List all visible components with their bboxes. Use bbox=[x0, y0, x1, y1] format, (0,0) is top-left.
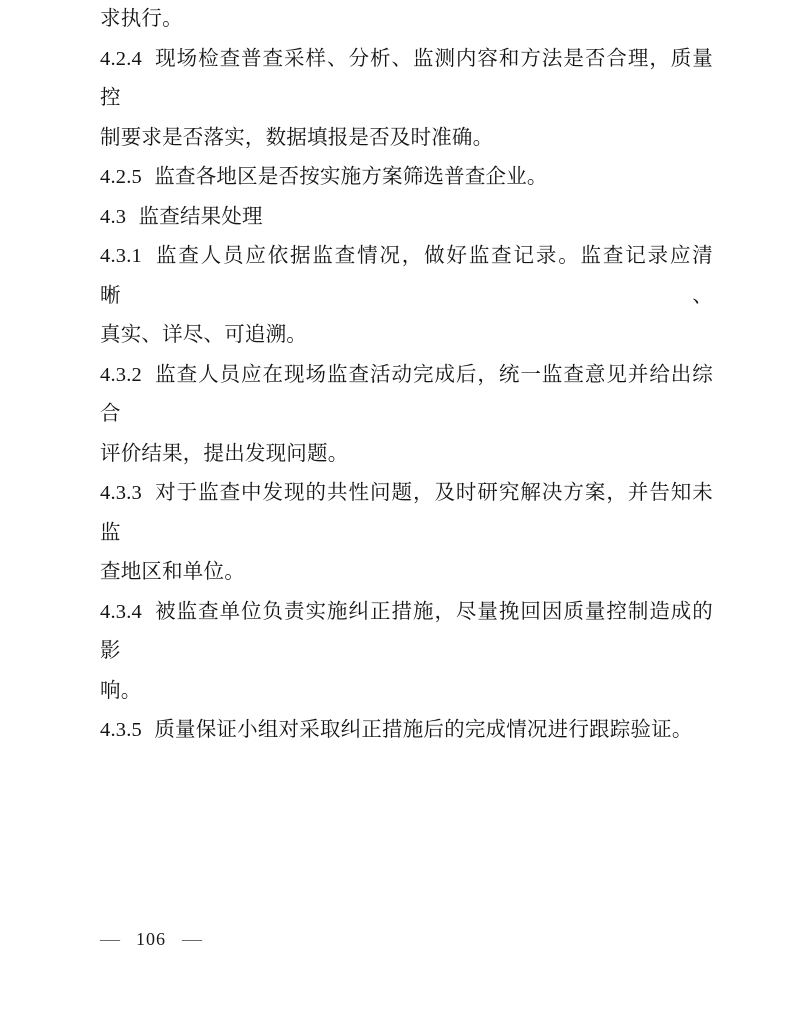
page-number: 106 bbox=[136, 924, 166, 954]
text-line: 求执行。 bbox=[100, 0, 713, 40]
text-line: 真实、详尽、可追溯。 bbox=[100, 316, 713, 356]
text-line: 响。 bbox=[100, 672, 713, 712]
text-line: 查地区和单位。 bbox=[100, 553, 713, 593]
footer-dash-left: — bbox=[100, 924, 120, 954]
paragraph-4-3-3: 4.3.3 对于监查中发现的共性问题，及时研究解决方案，并告知未监 查地区和单位… bbox=[100, 474, 713, 593]
text-line: 4.3.4 被监查单位负责实施纠正措施，尽量挽回因质量控制造成的影 bbox=[100, 593, 713, 672]
text-body: 求执行。 4.2.4 现场检查普查采样、分析、监测内容和方法是否合理，质量控 制… bbox=[100, 0, 713, 751]
text-line: 4.3.3 对于监查中发现的共性问题，及时研究解决方案，并告知未监 bbox=[100, 474, 713, 553]
paragraph-4-2-4: 4.2.4 现场检查普查采样、分析、监测内容和方法是否合理，质量控 制要求是否落… bbox=[100, 40, 713, 159]
paragraph-4-3-5: 4.3.5 质量保证小组对采取纠正措施后的完成情况进行跟踪验证。 bbox=[100, 711, 713, 751]
heading-4-3: 4.3 监查结果处理 bbox=[100, 198, 713, 238]
paragraph-4-3-2: 4.3.2 监查人员应在现场监查活动完成后，统一监查意见并给出综合 评价结果，提… bbox=[100, 356, 713, 475]
document-page: 求执行。 4.2.4 现场检查普查采样、分析、监测内容和方法是否合理，质量控 制… bbox=[0, 0, 800, 1021]
text-line: 4.3 监查结果处理 bbox=[100, 198, 713, 238]
paragraph-continuation: 求执行。 bbox=[100, 0, 713, 40]
paragraph-4-3-4: 4.3.4 被监查单位负责实施纠正措施，尽量挽回因质量控制造成的影 响。 bbox=[100, 593, 713, 712]
text-line: 4.2.4 现场检查普查采样、分析、监测内容和方法是否合理，质量控 bbox=[100, 40, 713, 119]
text-line: 制要求是否落实，数据填报是否及时准确。 bbox=[100, 119, 713, 159]
text-line: 评价结果，提出发现问题。 bbox=[100, 435, 713, 475]
page-footer: — 106 — bbox=[100, 924, 202, 954]
text-line: 4.2.5 监查各地区是否按实施方案筛选普查企业。 bbox=[100, 158, 713, 198]
footer-dash-right: — bbox=[182, 924, 202, 954]
text-line: 4.3.1 监查人员应依据监查情况，做好监查记录。监查记录应清晰、 bbox=[100, 237, 713, 316]
paragraph-4-3-1: 4.3.1 监查人员应依据监查情况，做好监查记录。监查记录应清晰、 真实、详尽、… bbox=[100, 237, 713, 356]
text-line: 4.3.5 质量保证小组对采取纠正措施后的完成情况进行跟踪验证。 bbox=[100, 711, 713, 751]
paragraph-4-2-5: 4.2.5 监查各地区是否按实施方案筛选普查企业。 bbox=[100, 158, 713, 198]
text-line: 4.3.2 监查人员应在现场监查活动完成后，统一监查意见并给出综合 bbox=[100, 356, 713, 435]
